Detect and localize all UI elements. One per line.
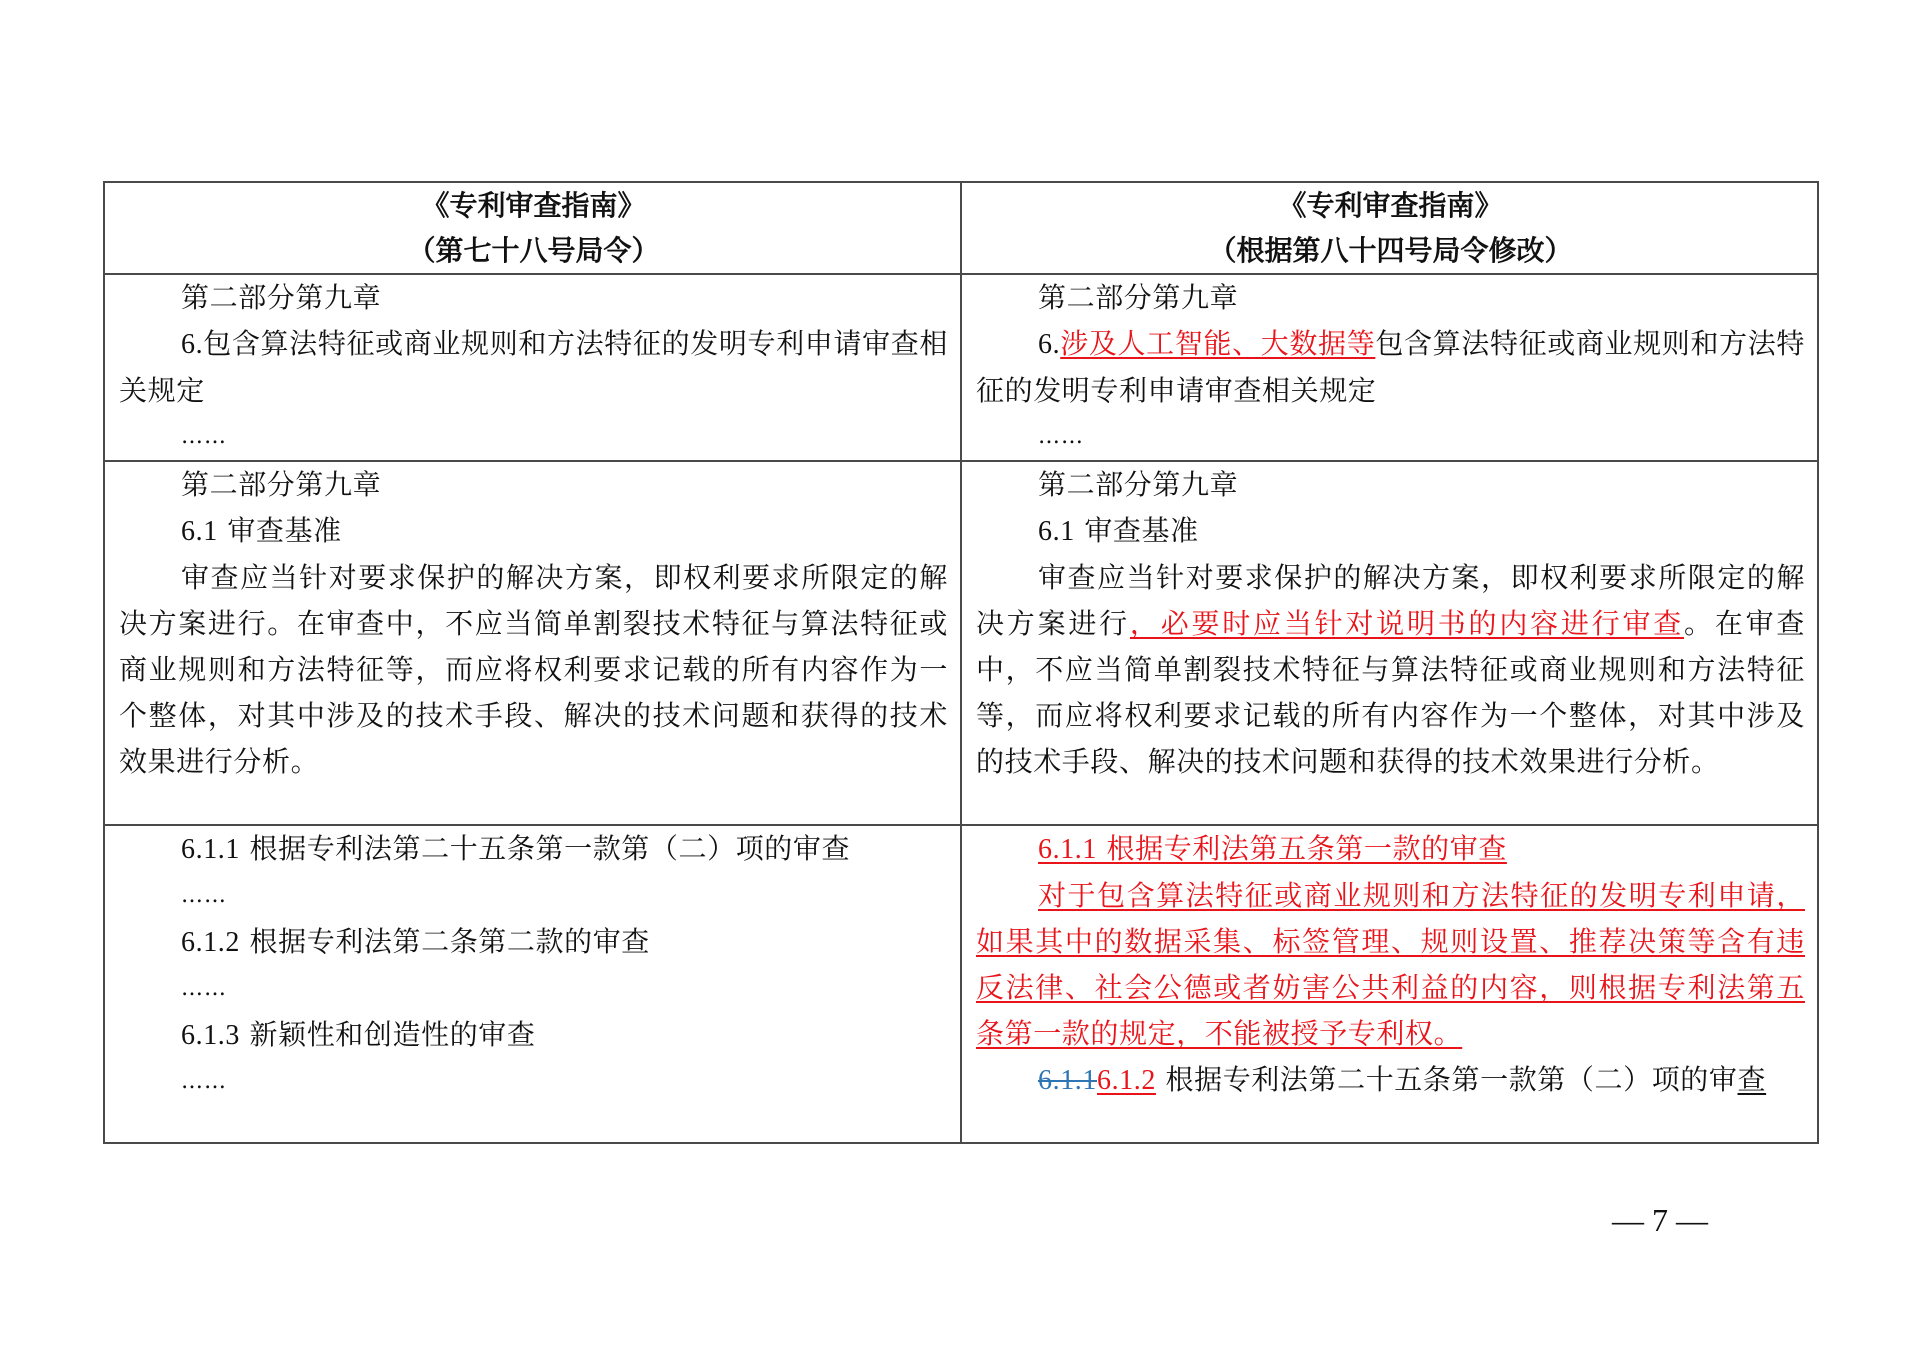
cell-right-row1: 第二部分第九章 6.涉及人工智能、大数据等包含算法特征或商业规则和方法特征的发明… bbox=[961, 274, 1818, 461]
subsection-title: 新颖性和创造性的审查 bbox=[240, 1018, 536, 1051]
heading-text: 包含算法特征或商业规则和方法特征的发明专利申请审查相关规定 bbox=[119, 327, 948, 407]
cell-left-row3: 6.1.1 根据专利法第二十五条第一款第（二）项的审查 …… 6.1.2 根据专… bbox=[104, 825, 961, 1143]
subsection-number: 6.1.2 bbox=[181, 927, 240, 958]
subsection-heading: 6.1.16.1.2 根据专利法第二十五条第一款第（二）项的审查 bbox=[976, 1057, 1805, 1104]
subsection-title-last-char: 查 bbox=[1738, 1063, 1767, 1096]
section-heading: 6.1 审查基准 bbox=[119, 508, 948, 555]
section-number: 6.1 bbox=[1038, 516, 1075, 547]
chapter-label: 第二部分第九章 bbox=[976, 462, 1805, 508]
header-left: 《专利审查指南》 （第七十八号局令） bbox=[104, 182, 961, 274]
inserted-text: 对于包含算法特征或商业规则和方法特征的发明专利申请，如果其中的数据采集、标签管理… bbox=[976, 879, 1805, 1050]
inserted-number: 6.1.2 bbox=[1097, 1065, 1156, 1096]
header-right-title: 《专利审查指南》 bbox=[976, 183, 1805, 228]
ellipsis: …… bbox=[119, 873, 948, 919]
header-right-subtitle: （根据第八十四号局令修改） bbox=[976, 228, 1805, 273]
heading-number: 6. bbox=[1038, 329, 1060, 360]
cell-right-row3: 6.1.1 根据专利法第五条第一款的审查 对于包含算法特征或商业规则和方法特征的… bbox=[961, 825, 1818, 1143]
subsection-number: 6.1.3 bbox=[181, 1020, 240, 1051]
cell-left-row1: 第二部分第九章 6.包含算法特征或商业规则和方法特征的发明专利申请审查相关规定 … bbox=[104, 274, 961, 461]
section-heading: 6.涉及人工智能、大数据等包含算法特征或商业规则和方法特征的发明专利申请审查相关… bbox=[976, 321, 1805, 414]
comparison-table: 《专利审查指南》 （第七十八号局令） 《专利审查指南》 （根据第八十四号局令修改… bbox=[103, 181, 1819, 1144]
subsection-title: 根据专利法第二条第二款的审查 bbox=[240, 925, 650, 958]
chapter-label: 第二部分第九章 bbox=[119, 462, 948, 508]
heading-number: 6. bbox=[181, 329, 203, 360]
header-right: 《专利审查指南》 （根据第八十四号局令修改） bbox=[961, 182, 1818, 274]
body-paragraph: 审查应当针对要求保护的解决方案，即权利要求所限定的解决方案进行。在审查中，不应当… bbox=[119, 555, 948, 785]
chapter-label: 第二部分第九章 bbox=[976, 275, 1805, 321]
ellipsis: …… bbox=[119, 966, 948, 1012]
inserted-text: ，必要时应当针对说明书的内容进行审查 bbox=[1130, 607, 1684, 640]
inserted-text: 涉及人工智能、大数据等 bbox=[1060, 327, 1375, 360]
header-left-subtitle: （第七十八号局令） bbox=[119, 228, 948, 273]
ellipsis: …… bbox=[976, 414, 1805, 460]
section-heading: 6.包含算法特征或商业规则和方法特征的发明专利申请审查相关规定 bbox=[119, 321, 948, 414]
deleted-number: 6.1.1 bbox=[1038, 1065, 1097, 1096]
table-row: 第二部分第九章 6.包含算法特征或商业规则和方法特征的发明专利申请审查相关规定 … bbox=[104, 274, 1818, 461]
page-number: — 7 — bbox=[1600, 1200, 1720, 1240]
section-heading: 6.1 审查基准 bbox=[976, 508, 1805, 555]
subsection-number: 6.1.1 bbox=[181, 834, 240, 865]
inserted-paragraph: 对于包含算法特征或商业规则和方法特征的发明专利申请，如果其中的数据采集、标签管理… bbox=[976, 873, 1805, 1057]
subsection-heading: 6.1.1 根据专利法第二十五条第一款第（二）项的审查 bbox=[119, 826, 948, 873]
subsection-title: 根据专利法第二十五条第一款第（二）项的审查 bbox=[240, 832, 850, 865]
section-title: 审查基准 bbox=[1075, 514, 1199, 547]
table-row: 第二部分第九章 6.1 审查基准 审查应当针对要求保护的解决方案，即权利要求所限… bbox=[104, 461, 1818, 825]
chapter-label: 第二部分第九章 bbox=[119, 275, 948, 321]
subsection-heading: 6.1.2 根据专利法第二条第二款的审查 bbox=[119, 919, 948, 966]
cell-left-row2: 第二部分第九章 6.1 审查基准 审查应当针对要求保护的解决方案，即权利要求所限… bbox=[104, 461, 961, 825]
table-row: 6.1.1 根据专利法第二十五条第一款第（二）项的审查 …… 6.1.2 根据专… bbox=[104, 825, 1818, 1143]
section-number: 6.1 bbox=[181, 516, 218, 547]
document-page: 《专利审查指南》 （第七十八号局令） 《专利审查指南》 （根据第八十四号局令修改… bbox=[0, 0, 1920, 1358]
header-left-title: 《专利审查指南》 bbox=[119, 183, 948, 228]
subsection-heading: 6.1.3 新颖性和创造性的审查 bbox=[119, 1012, 948, 1059]
inserted-subsection-title: 根据专利法第五条第一款的审查 bbox=[1097, 832, 1507, 865]
table-header-row: 《专利审查指南》 （第七十八号局令） 《专利审查指南》 （根据第八十四号局令修改… bbox=[104, 182, 1818, 274]
ellipsis: …… bbox=[119, 1059, 948, 1105]
ellipsis: …… bbox=[119, 414, 948, 460]
inserted-subsection-heading: 6.1.1 根据专利法第五条第一款的审查 bbox=[976, 826, 1805, 873]
section-title: 审查基准 bbox=[218, 514, 342, 547]
inserted-subsection-number: 6.1.1 bbox=[1038, 834, 1097, 865]
subsection-title: 根据专利法第二十五条第一款第（二）项的审 bbox=[1156, 1063, 1738, 1096]
body-paragraph: 审查应当针对要求保护的解决方案，即权利要求所限定的解决方案进行，必要时应当针对说… bbox=[976, 555, 1805, 785]
cell-right-row2: 第二部分第九章 6.1 审查基准 审查应当针对要求保护的解决方案，即权利要求所限… bbox=[961, 461, 1818, 825]
